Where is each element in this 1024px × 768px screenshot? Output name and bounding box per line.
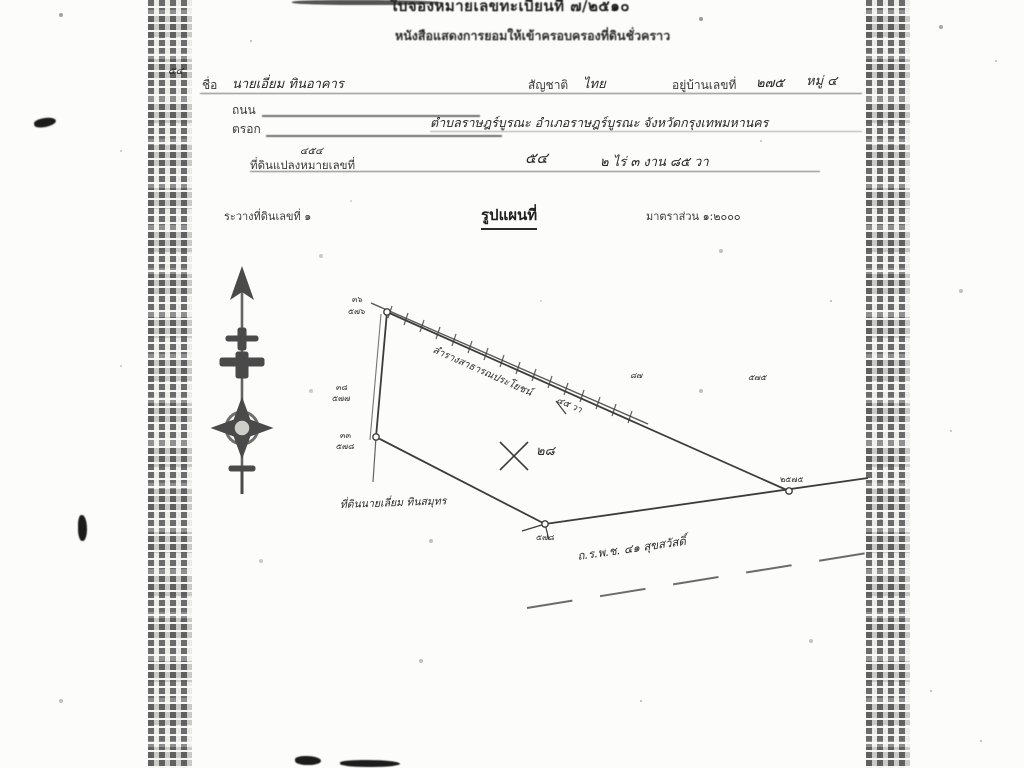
road-name-label: ถ.ร.พ.ช. ๔๑ สุขสวัสดิ์ (576, 531, 691, 563)
edge-marker-a: ๘๗ (630, 371, 643, 380)
marker-left-mid-top: ๓๘ (336, 383, 348, 392)
boundary-marker (542, 521, 548, 527)
marker-v2-top: ๓๓ (340, 431, 351, 440)
parcel-x-mark (500, 442, 528, 470)
survey-sketch: ลำรางสาธารณประโยชน์ ๔๕ วา ๘๗ ๕๗๕ ๓๖ ๕๗๖ … (0, 0, 1024, 768)
neighbor-label: ที่ดินนายเลี่ยม ทินสมุทร (340, 493, 448, 511)
marker-v4: ๒๕๗๕ (780, 475, 803, 484)
compass-rose-icon (212, 266, 272, 494)
boundary-marker (384, 309, 390, 315)
marker-v1: ๕๗๖ (348, 307, 365, 316)
boundary-marker (373, 434, 379, 440)
marker-v2: ๕๗๘ (336, 442, 354, 451)
edge-marker-b: ๕๗๕ (748, 373, 767, 382)
marker-v3: ๕๗๘ (536, 533, 554, 542)
scanned-land-document: ใบจองหมายเลขทะเบียนที่ ๗/๒๕๑๐ หนังสือแสด… (0, 0, 1024, 768)
boundary-marker (786, 488, 792, 494)
parcel-number-mark: ๒๘ (536, 444, 557, 459)
marker-left-mid: ๕๗๗ (332, 394, 350, 403)
marker-v1-top: ๓๖ (352, 295, 363, 304)
